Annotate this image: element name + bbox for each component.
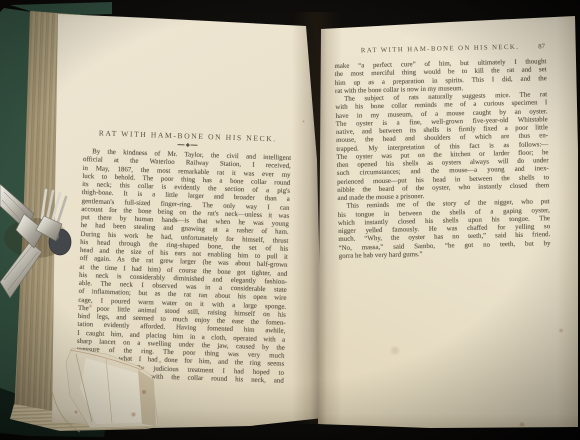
- book-cover-top-edge: [0, 0, 580, 440]
- page-block-bottom-edge: [0, 0, 580, 440]
- text-line: native, and between its shells is firmly…: [336, 124, 548, 137]
- text-line: rat with the bone collar is now in my mu…: [335, 83, 547, 96]
- text-line: The poor little animal stood still, rais…: [78, 305, 286, 320]
- ornament-rule-left: [178, 144, 185, 145]
- right-page-shading: [0, 0, 580, 440]
- text-line: his tongue in between the shells of a ga…: [338, 207, 550, 220]
- left-page-text-area: RAT WITH HAM-BONE ON HIS NECK. By the ki…: [76, 128, 292, 386]
- left-page-shading: [0, 0, 580, 440]
- text-line: pressure of the ring. The poor thing was…: [76, 346, 284, 361]
- text-line: and made the mouse a prisoner.: [337, 190, 549, 203]
- text-line: relieved by what I had done for him, and…: [76, 354, 284, 369]
- text-line: “No, massa,” said Sambo, “he got no teet…: [338, 240, 550, 253]
- text-line: This reminds me of the story of the nigg…: [338, 198, 550, 211]
- text-line: him up as a preparation in spirits. This…: [335, 75, 547, 88]
- text-line: keep this rat alive with the collar roun…: [76, 371, 284, 386]
- text-line: of inflammation; but as the rat ran abou…: [78, 288, 286, 303]
- text-line: able. The neck I observed was in a consi…: [79, 280, 287, 295]
- text-line: tation evidently afforded. Having foment…: [77, 321, 285, 336]
- text-line: By the kindness of Mr. Taylor, the civil…: [83, 148, 291, 163]
- foxing-spot: [130, 412, 137, 417]
- text-line: then opened his shells as oysters always…: [337, 157, 549, 170]
- foxing-spot: [158, 360, 162, 364]
- running-header-title: RAT WITH HAM-BONE ON HIS NECK.: [361, 44, 520, 55]
- text-line: trapped. My interpretation of this fact …: [336, 141, 548, 154]
- text-line: nigger yelled famously. He was chaffed f…: [338, 223, 550, 236]
- text-line: have in my museum, of a mouse caught by …: [335, 108, 547, 121]
- stain-faint: [388, 346, 402, 355]
- book-cover-left-board: [0, 0, 580, 440]
- text-line: gorra he hab very hard gums.”: [339, 248, 551, 261]
- text-line: such circumstances; and the mouse—a youn…: [337, 165, 549, 178]
- text-line: his neck is considerably diminished and …: [79, 272, 287, 287]
- foxing-spot: [302, 120, 305, 123]
- text-line: make “a perfect cure” of him, but ultima…: [334, 58, 546, 71]
- ornate-silver-clasp: [0, 178, 82, 314]
- book-gutter-shadow: [292, 12, 342, 424]
- text-line: head and the size of his ears not enabli…: [80, 247, 288, 262]
- running-head: RAT WITH HAM-BONE ON HIS NECK. 87: [334, 42, 546, 56]
- text-line: During his work he had, unfortunately fo…: [80, 230, 288, 245]
- text-line: off again. As the rat grew larger (he wa…: [80, 255, 288, 270]
- text-line: nibble the beard of the oyster, who inst…: [337, 182, 549, 195]
- left-page-paragraph: By the kindness of Mr. Taylor, the civil…: [76, 148, 292, 386]
- foxing-spot: [88, 304, 93, 308]
- text-line: put there by human hands—is that when he…: [81, 214, 289, 229]
- text-line: his head through the ring-shaped bone, t…: [80, 239, 288, 254]
- text-line: the most merciful thing would be to kill…: [335, 66, 547, 79]
- text-line: its neck; this collar is evidently the s…: [82, 181, 290, 196]
- text-line: certainly looser. By judicious treatment…: [76, 362, 284, 377]
- text-line: sharp lancet on a swelling under the jaw…: [77, 338, 285, 353]
- page-number: 87: [538, 42, 545, 51]
- text-line: at the time I had him) of course the bon…: [79, 263, 287, 278]
- photo-vignette: [0, 0, 580, 440]
- text-line: cage, I poured warm water on it with a l…: [78, 296, 286, 311]
- text-line: mouse, the head and shoulders of which a…: [336, 132, 548, 145]
- text-line: in May, 1867, the most remarkable rat it…: [83, 164, 291, 179]
- book-cover-bottom-corner: [0, 0, 580, 440]
- text-line: with his bone collar reminds me of a cur…: [335, 99, 547, 112]
- text-line: thigh-bone. It is a little larger and br…: [82, 189, 290, 204]
- text-line: The oyster was put on the kitchen or lar…: [336, 149, 548, 162]
- ornament-rule-right: [190, 144, 197, 145]
- text-line: The subject of rats naturally suggests m…: [335, 91, 547, 104]
- ornament-diamond: [186, 143, 190, 147]
- text-line: he had been stealing and gnawing at a ra…: [81, 222, 289, 237]
- left-page: RAT WITH HAM-BONE ON HIS NECK. By the ki…: [0, 0, 580, 440]
- text-line: account for the bone being on the rat's …: [81, 206, 289, 221]
- text-line: official at the Waterloo Railway Station…: [83, 156, 291, 171]
- right-page-text-area: RAT WITH HAM-BONE ON HIS NECK. 87 make “…: [334, 42, 551, 261]
- text-line: The oyster is a fine, well-grown five-ye…: [336, 116, 548, 129]
- chapter-heading: RAT WITH HAM-BONE ON HIS NECK.: [84, 128, 292, 144]
- foxing-spot: [518, 422, 526, 427]
- text-line: perienced mouse—put his head in between …: [337, 174, 549, 187]
- text-line: hind legs, and seemed to much enjoy the …: [78, 313, 286, 328]
- right-page-paragraphs: make “a perfect cure” of him, but ultima…: [334, 58, 550, 261]
- right-page: RAT WITH HAM-BONE ON HIS NECK. 87 make “…: [0, 0, 580, 440]
- foxing-spot: [558, 328, 564, 333]
- text-line: gentleman's full-sized finger-ring. The …: [81, 197, 289, 212]
- heading-ornament-icon: [83, 137, 291, 152]
- page-block-fore-edge: [0, 0, 580, 440]
- text-line: which instantly closed his shells upon h…: [338, 215, 550, 228]
- text-line: luck to behold. The poor thing has a bon…: [82, 173, 290, 188]
- text-line: I caught him, and placing him in a cloth…: [77, 329, 285, 344]
- photo-open-antique-book: RAT WITH HAM-BONE ON HIS NECK. By the ki…: [0, 0, 580, 440]
- torn-page-corner: [46, 332, 176, 438]
- text-line: much. “Why, the oyster has no teeth,” sa…: [338, 231, 550, 244]
